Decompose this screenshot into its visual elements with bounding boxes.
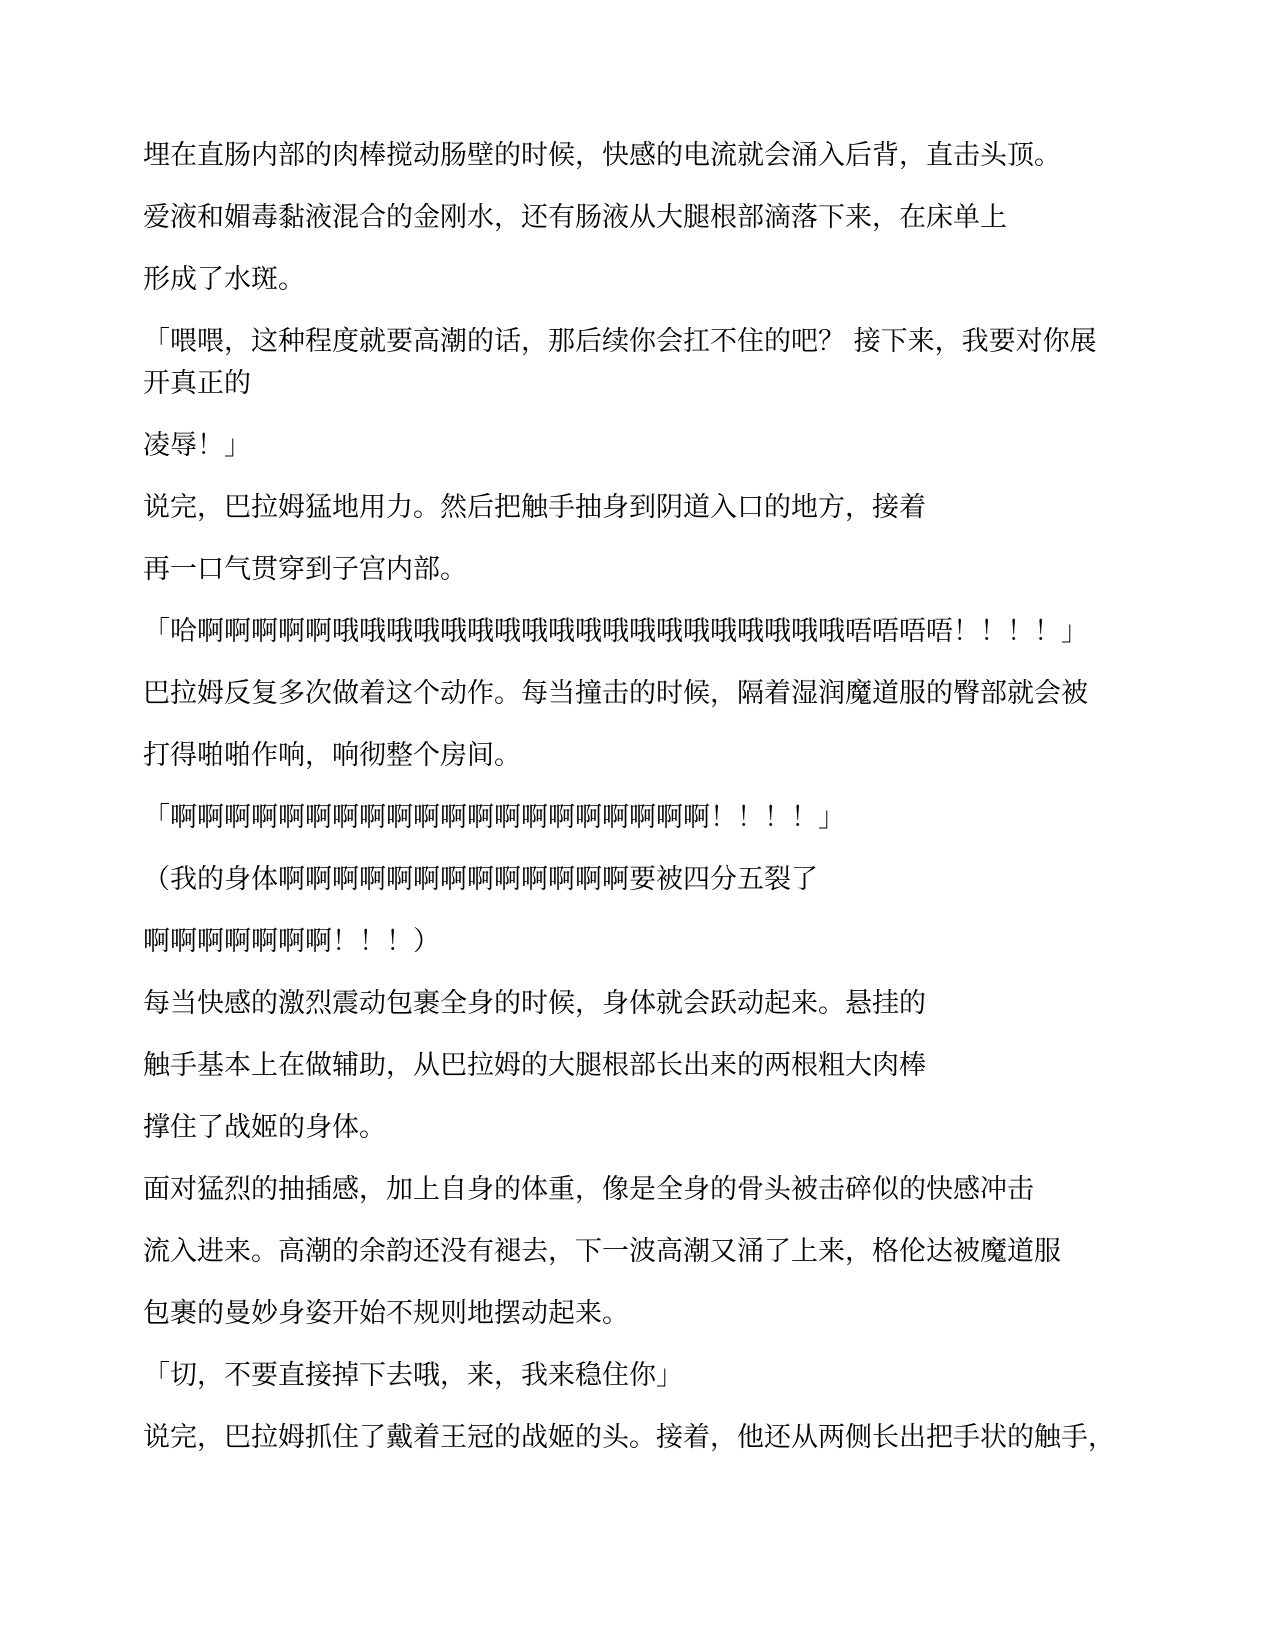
paragraph: 面对猛烈的抽插感，加上自身的体重，像是全身的骨头被击碎似的快感冲击 xyxy=(143,1169,1153,1211)
text-line: 面对猛烈的抽插感，加上自身的体重，像是全身的骨头被击碎似的快感冲击 xyxy=(143,1169,1153,1211)
paragraph: 埋在直肠内部的肉棒搅动肠壁的时候，快感的电流就会涌入后背，直击头顶。 xyxy=(143,135,1153,177)
paragraph: 再一口气贯穿到子宫内部。 xyxy=(143,549,1153,591)
text-line: 开真正的 xyxy=(143,363,1153,405)
paragraph: 打得啪啪作响，响彻整个房间。 xyxy=(143,735,1153,777)
paragraph: 形成了水斑。 xyxy=(143,259,1153,301)
paragraph: 凌辱！」 xyxy=(143,425,1153,467)
text-line: 巴拉姆反复多次做着这个动作。每当撞击的时候，隔着湿润魔道服的臀部就会被 xyxy=(143,673,1153,715)
document-page: 埋在直肠内部的肉棒搅动肠壁的时候，快感的电流就会涌入后背，直击头顶。 爱液和媚毒… xyxy=(0,0,1275,1650)
paragraph: 「喂喂，这种程度就要高潮的话，那后续你会扛不住的吧？ 接下来，我要对你展 开真正… xyxy=(143,321,1153,405)
paragraph: 说完，巴拉姆猛地用力。然后把触手抽身到阴道入口的地方，接着 xyxy=(143,487,1153,529)
paragraph: 每当快感的激烈震动包裹全身的时候，身体就会跃动起来。悬挂的 xyxy=(143,983,1153,1025)
text-line: 再一口气贯穿到子宫内部。 xyxy=(143,549,1153,591)
text-line: 埋在直肠内部的肉棒搅动肠壁的时候，快感的电流就会涌入后背，直击头顶。 xyxy=(143,135,1153,177)
text-line: 打得啪啪作响，响彻整个房间。 xyxy=(143,735,1153,777)
text-line: 说完，巴拉姆猛地用力。然后把触手抽身到阴道入口的地方，接着 xyxy=(143,487,1153,529)
paragraph: 「切，不要直接掉下去哦，来，我来稳住你」 xyxy=(143,1355,1153,1397)
text-line: （我的身体啊啊啊啊啊啊啊啊啊啊啊啊啊要被四分五裂了 xyxy=(143,859,1153,901)
text-line: 说完，巴拉姆抓住了戴着王冠的战姬的头。接着，他还从两侧长出把手状的触手， xyxy=(143,1417,1153,1459)
paragraph: 撑住了战姬的身体。 xyxy=(143,1107,1153,1149)
text-line: 触手基本上在做辅助，从巴拉姆的大腿根部长出来的两根粗大肉棒 xyxy=(143,1045,1153,1087)
text-line: 凌辱！」 xyxy=(143,425,1153,467)
text-line: 「切，不要直接掉下去哦，来，我来稳住你」 xyxy=(143,1355,1153,1397)
paragraph: 爱液和媚毒黏液混合的金刚水，还有肠液从大腿根部滴落下来，在床单上 xyxy=(143,197,1153,239)
text-line: 「哈啊啊啊啊啊哦哦哦哦哦哦哦哦哦哦哦哦哦哦哦哦哦哦哦唔唔唔唔！！！！」 xyxy=(143,611,1153,653)
text-line: 流入进来。高潮的余韵还没有褪去，下一波高潮又涌了上来，格伦达被魔道服 xyxy=(143,1231,1153,1273)
paragraph: 说完，巴拉姆抓住了戴着王冠的战姬的头。接着，他还从两侧长出把手状的触手， xyxy=(143,1417,1153,1459)
text-line: 「啊啊啊啊啊啊啊啊啊啊啊啊啊啊啊啊啊啊啊啊！！！！」 xyxy=(143,797,1153,839)
text-line: 撑住了战姬的身体。 xyxy=(143,1107,1153,1149)
text-line: 爱液和媚毒黏液混合的金刚水，还有肠液从大腿根部滴落下来，在床单上 xyxy=(143,197,1153,239)
text-line: 啊啊啊啊啊啊啊！！！） xyxy=(143,921,1153,963)
paragraph: 「啊啊啊啊啊啊啊啊啊啊啊啊啊啊啊啊啊啊啊啊！！！！」 xyxy=(143,797,1153,839)
paragraph: 「哈啊啊啊啊啊哦哦哦哦哦哦哦哦哦哦哦哦哦哦哦哦哦哦哦唔唔唔唔！！！！」 xyxy=(143,611,1153,653)
text-line: 包裹的曼妙身姿开始不规则地摆动起来。 xyxy=(143,1293,1153,1335)
paragraph: 触手基本上在做辅助，从巴拉姆的大腿根部长出来的两根粗大肉棒 xyxy=(143,1045,1153,1087)
paragraph: 包裹的曼妙身姿开始不规则地摆动起来。 xyxy=(143,1293,1153,1335)
paragraph: 流入进来。高潮的余韵还没有褪去，下一波高潮又涌了上来，格伦达被魔道服 xyxy=(143,1231,1153,1273)
paragraph: （我的身体啊啊啊啊啊啊啊啊啊啊啊啊啊要被四分五裂了 xyxy=(143,859,1153,901)
text-line: 每当快感的激烈震动包裹全身的时候，身体就会跃动起来。悬挂的 xyxy=(143,983,1153,1025)
text-line: 「喂喂，这种程度就要高潮的话，那后续你会扛不住的吧？ 接下来，我要对你展 xyxy=(143,321,1153,363)
document-text-block: 埋在直肠内部的肉棒搅动肠壁的时候，快感的电流就会涌入后背，直击头顶。 爱液和媚毒… xyxy=(143,135,1153,1479)
paragraph: 啊啊啊啊啊啊啊！！！） xyxy=(143,921,1153,963)
paragraph: 巴拉姆反复多次做着这个动作。每当撞击的时候，隔着湿润魔道服的臀部就会被 xyxy=(143,673,1153,715)
text-line: 形成了水斑。 xyxy=(143,259,1153,301)
